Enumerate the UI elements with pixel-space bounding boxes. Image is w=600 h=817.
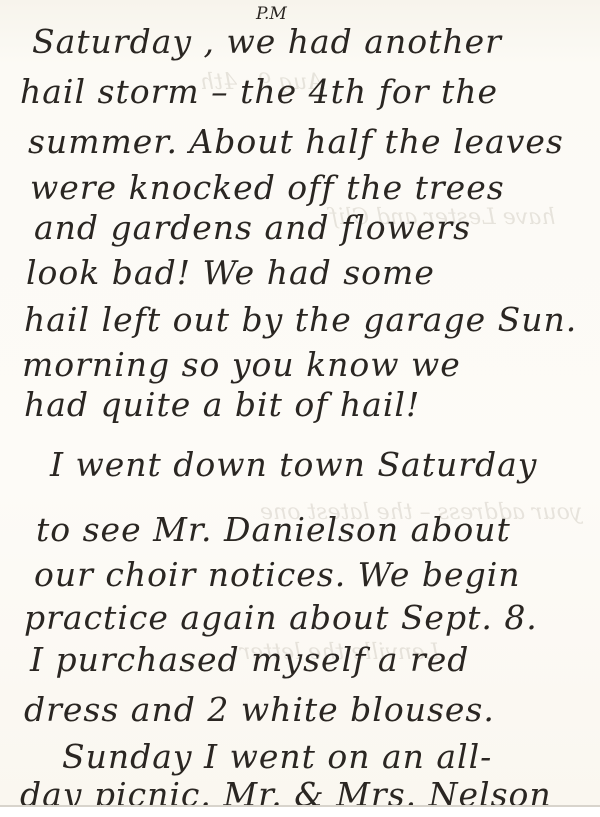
letter-line-15: dress and 2 white blouses. — [24, 690, 495, 729]
letter-line-10: I went down town Saturday — [50, 445, 537, 484]
letter-line-9: had quite a bit of hail! — [24, 385, 420, 424]
letter-line-12: our choir notices. We begin — [34, 555, 521, 594]
letter-line-16: Sunday I went on an all- — [62, 737, 492, 776]
letter-line-2: hail storm – the 4th for the — [20, 72, 498, 111]
letter-line-13: practice again about Sept. 8. — [24, 598, 538, 637]
letter-page: Aug 9 · 4th have Lester and Clif your ad… — [0, 0, 600, 805]
letter-line-3: summer. About half the leaves — [28, 122, 564, 161]
letter-line-8: morning so you know we — [22, 345, 461, 384]
letter-line-6: look bad! We had some — [26, 253, 435, 292]
letter-line-14: I purchased myself a red — [30, 640, 469, 679]
letter-line-7: hail left out by the garage Sun. — [24, 300, 577, 339]
paper-bottom-edge — [0, 805, 600, 817]
letter-line-11: to see Mr. Danielson about — [36, 510, 511, 549]
letter-line-5: and gardens and flowers — [34, 208, 471, 247]
letter-line-4: were knocked off the trees — [30, 168, 505, 207]
pm-annotation: P.M — [256, 4, 287, 24]
letter-line-1: Saturday , we had another — [32, 22, 502, 61]
